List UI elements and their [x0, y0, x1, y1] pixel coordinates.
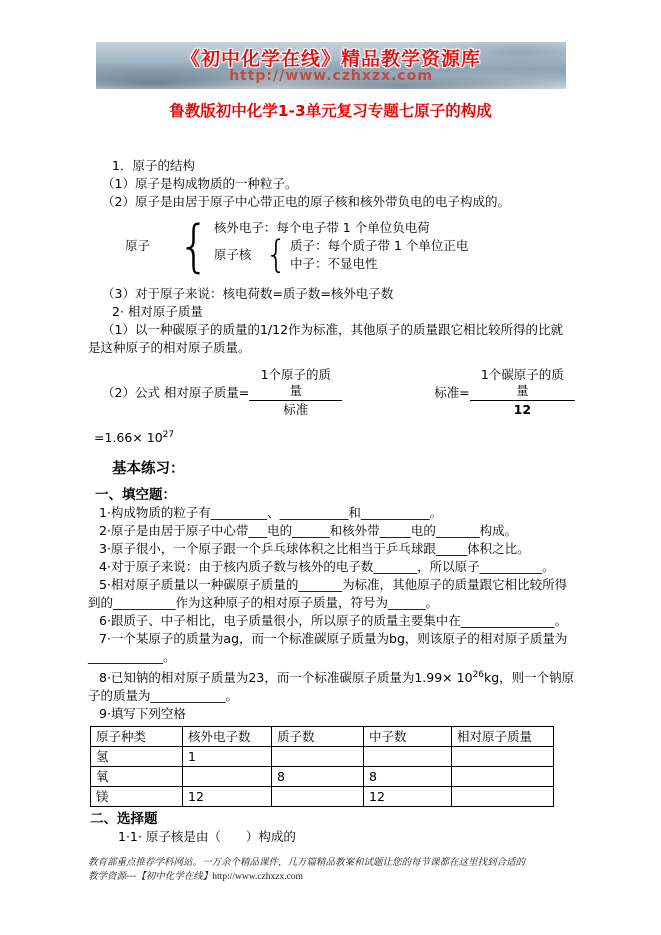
- formula-intro: （2）公式 相对原子质量=: [102, 384, 249, 402]
- table-cell: 12: [183, 787, 272, 807]
- table-header-row: 原子种类 核外电子数 质子数 中子数 相对原子质量: [91, 727, 554, 747]
- question-8-exponent: 26: [473, 670, 484, 680]
- diagram-root-label: 原子: [125, 237, 150, 255]
- table-cell: [364, 747, 452, 767]
- fraction-numerator: 1个碳原子的质量: [470, 367, 575, 401]
- question-1: 1·构成物质的粒子有_________、___________和________…: [88, 504, 575, 522]
- table-header-electron-count: 核外电子数: [183, 727, 272, 747]
- para-relative-mass-definition: （1）以一种碳原子的质量的1/12作为标准，其他原子的质量跟它相比较所得的比就是…: [88, 321, 575, 357]
- table-cell: 氢: [91, 747, 183, 767]
- fraction-carbon-mass: 1个碳原子的质量 12: [470, 367, 575, 418]
- table-row-magnesium: 镁 12 12: [91, 787, 554, 807]
- fraction-atom-mass: 1个原子的质量 标准: [249, 367, 342, 418]
- para-atom-composition: （2）原子是由居于原子中心带正电的原子核和核外带负电的电子构成的。: [88, 193, 575, 211]
- para-atom-particle: （1）原子是构成物质的一种粒子。: [88, 175, 575, 193]
- choice-question-1: 1·1· 原子核是由（ ）构成的: [88, 828, 575, 846]
- question-3: 3·原子很小，一个原子跟一个乒乓球体积之比相当于乒乓球跟_____体积之比。: [88, 540, 575, 558]
- mass-value-base: =1.66× 10: [94, 430, 163, 445]
- diagram-proton-label: 质子：每个质子带 1 个单位正电: [290, 237, 468, 255]
- page-footer: 教育部重点推荐学科网站。一万余个精品课件，几万篇精品教案和试题让您的每节课都在这…: [88, 856, 575, 884]
- diagram-outer-column: 核外电子：每个电子带 1 个单位负电荷 原子核 { 质子：每个质子带 1 个单位…: [214, 219, 469, 273]
- footer-url-link[interactable]: http://www.czhxzx.com: [212, 872, 303, 882]
- choice-section-heading: 二、选择题: [88, 810, 575, 828]
- left-brace-large-icon: {: [178, 218, 210, 274]
- fraction-numerator: 1个原子的质量: [249, 367, 342, 401]
- atom-structure-diagram: 原子 { 核外电子：每个电子带 1 个单位负电荷 原子核 { 质子：每个质子带 …: [125, 219, 575, 273]
- document-page: 《初中化学在线》精品教学资源库 http://www.czhxzx.com 鲁教…: [0, 42, 661, 884]
- para-atom-equality: （3）对于原子来说：核电荷数=质子数=核外电子数: [88, 285, 575, 303]
- table-row-hydrogen: 氢 1: [91, 747, 554, 767]
- document-body: 1．原子的结构 （1）原子是构成物质的一种粒子。 （2）原子是由居于原子中心带正…: [88, 157, 575, 884]
- table-cell: 氧: [91, 767, 183, 787]
- question-9: 9·填写下列空格: [88, 705, 575, 723]
- question-2: 2·原子是由居于原子中心带___电的______和核外带_____电的_____…: [88, 522, 575, 540]
- table-cell: [452, 747, 554, 767]
- table-cell: [452, 767, 554, 787]
- mass-value-line: =1.66× 1027: [94, 426, 575, 447]
- table-cell: 12: [364, 787, 452, 807]
- diagram-electron-label: 核外电子：每个电子带 1 个单位负电荷: [214, 219, 469, 237]
- question-7: 7·一个某原子的质量为ag，而一个标准碳原子质量为bg，则该原子的相对原子质量为…: [88, 630, 575, 666]
- question-5: 5·相对原子质量以一种碳原子质量的_______为标准，其他原子的质量跟它相比较…: [88, 576, 575, 612]
- formula-row: （2）公式 相对原子质量= 1个原子的质量 标准 标准= 1个碳原子的质量 12: [88, 367, 575, 418]
- question-6: 6·跟质子、中子相比，电子质量很小，所以原子的质量主要集中在__________…: [88, 612, 575, 630]
- table-cell: [183, 767, 272, 787]
- table-header-relative-mass: 相对原子质量: [452, 727, 554, 747]
- standard-label: 标准=: [434, 384, 469, 402]
- fraction-denominator: 标准: [249, 401, 342, 418]
- question-8: 8·已知钠的相对原子质量为23，而一个标准碳原子质量为1.99× 1026kg，…: [88, 666, 575, 705]
- section2-heading: 2· 相对原子质量: [88, 303, 575, 321]
- fill-in-section-heading: 一、填空题：: [88, 486, 575, 504]
- table-cell: [272, 787, 364, 807]
- table-cell: 8: [364, 767, 452, 787]
- table-header-neutron-count: 中子数: [364, 727, 452, 747]
- left-brace-small-icon: {: [265, 236, 287, 273]
- table-cell: 1: [183, 747, 272, 767]
- site-banner: 《初中化学在线》精品教学资源库 http://www.czhxzx.com: [96, 42, 566, 89]
- exercise-heading: 基本练习：: [88, 459, 575, 479]
- table-header-atom-type: 原子种类: [91, 727, 183, 747]
- table-cell: [272, 747, 364, 767]
- atoms-table: 原子种类 核外电子数 质子数 中子数 相对原子质量 氢 1 氧 8 8: [90, 726, 554, 807]
- page-title: 鲁教版初中化学1-3单元复习专题七原子的构成: [0, 101, 661, 121]
- banner-url-link[interactable]: http://www.czhxzx.com: [229, 69, 433, 84]
- question-4: 4·对于原子来说：由于核内质子数与核外的电子数_______，所以原子_____…: [88, 558, 575, 576]
- section1-heading: 1．原子的结构: [88, 157, 575, 175]
- diagram-inner-column: 质子：每个质子带 1 个单位正电 中子：不显电性: [290, 237, 468, 273]
- question-8-text: 8·已知钠的相对原子质量为23，而一个标准碳原子质量为1.99× 10: [99, 670, 473, 685]
- footer-line2-text: 教学资源---【初中化学在线】: [88, 871, 212, 882]
- footer-line2: 教学资源---【初中化学在线】http://www.czhxzx.com: [88, 870, 575, 884]
- diagram-neutron-label: 中子：不显电性: [290, 255, 468, 273]
- table-header-proton-count: 质子数: [272, 727, 364, 747]
- table-cell: 8: [272, 767, 364, 787]
- table-cell: 镁: [91, 787, 183, 807]
- banner-title: 《初中化学在线》精品教学资源库: [181, 48, 481, 70]
- footer-line1: 教育部重点推荐学科网站。一万余个精品课件，几万篇精品教案和试题让您的每节课都在这…: [88, 856, 575, 870]
- table-cell: [452, 787, 554, 807]
- diagram-nucleus-group: 原子核 { 质子：每个质子带 1 个单位正电 中子：不显电性: [214, 237, 469, 273]
- mass-value-exponent: 27: [163, 430, 174, 440]
- diagram-nucleus-label: 原子核: [214, 246, 252, 264]
- table-row-oxygen: 氧 8 8: [91, 767, 554, 787]
- fraction-denominator: 12: [470, 401, 575, 418]
